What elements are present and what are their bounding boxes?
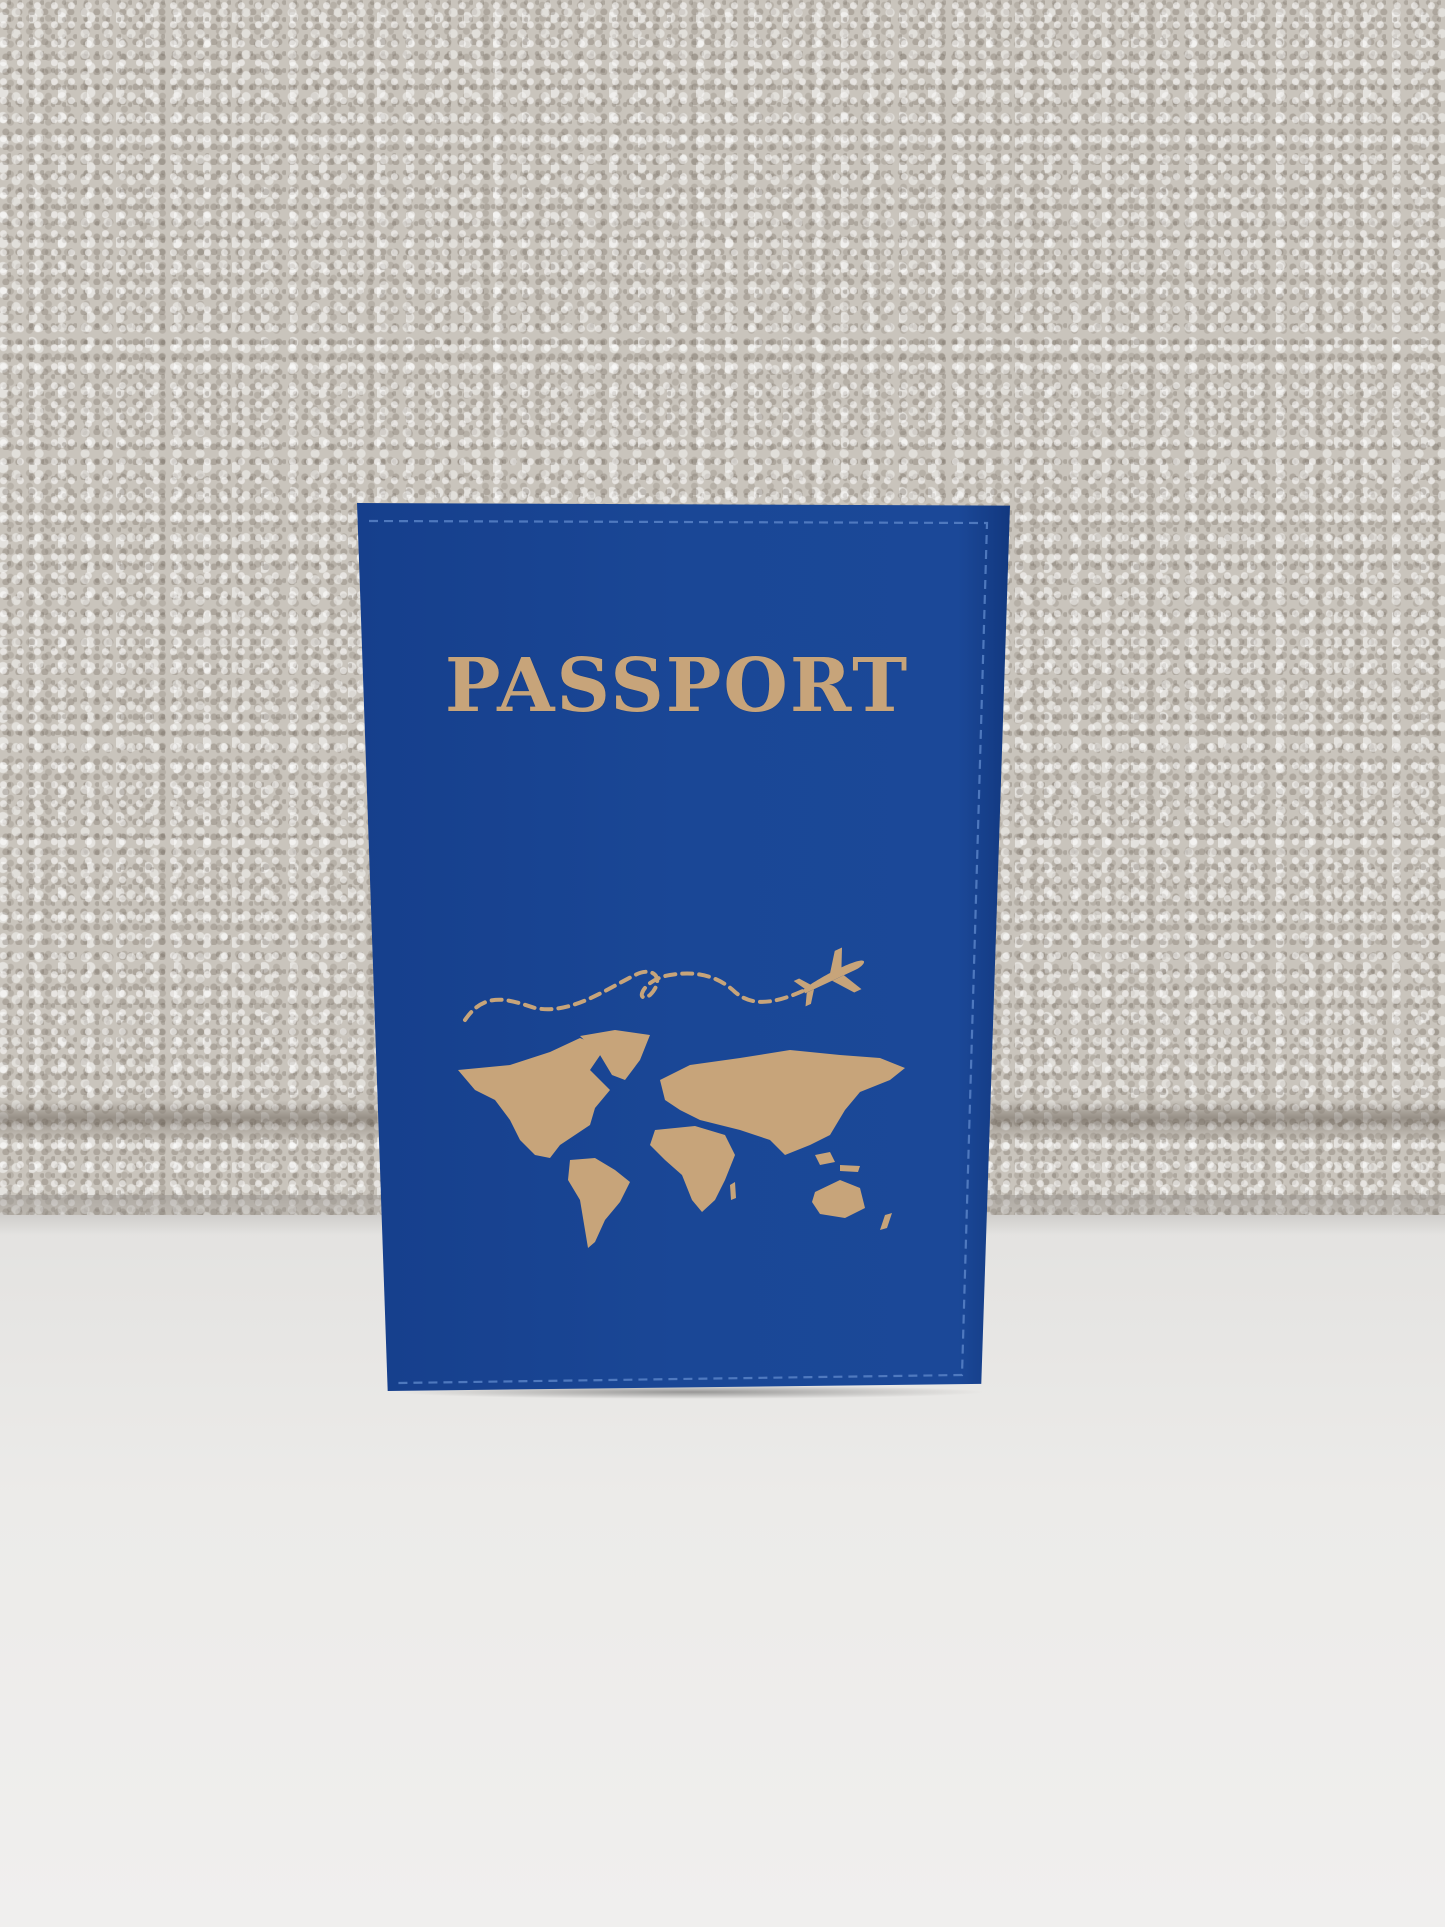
flight-path-icon xyxy=(465,972,805,1020)
continent-north-america-icon xyxy=(458,1038,610,1158)
world-map-emblem xyxy=(440,930,940,1270)
continent-australia-icon xyxy=(812,1180,865,1218)
airplane-icon xyxy=(789,942,874,1014)
passport-title: PASSPORT xyxy=(357,643,997,729)
continent-africa-icon xyxy=(650,1126,735,1212)
continent-south-america-icon xyxy=(568,1158,630,1248)
